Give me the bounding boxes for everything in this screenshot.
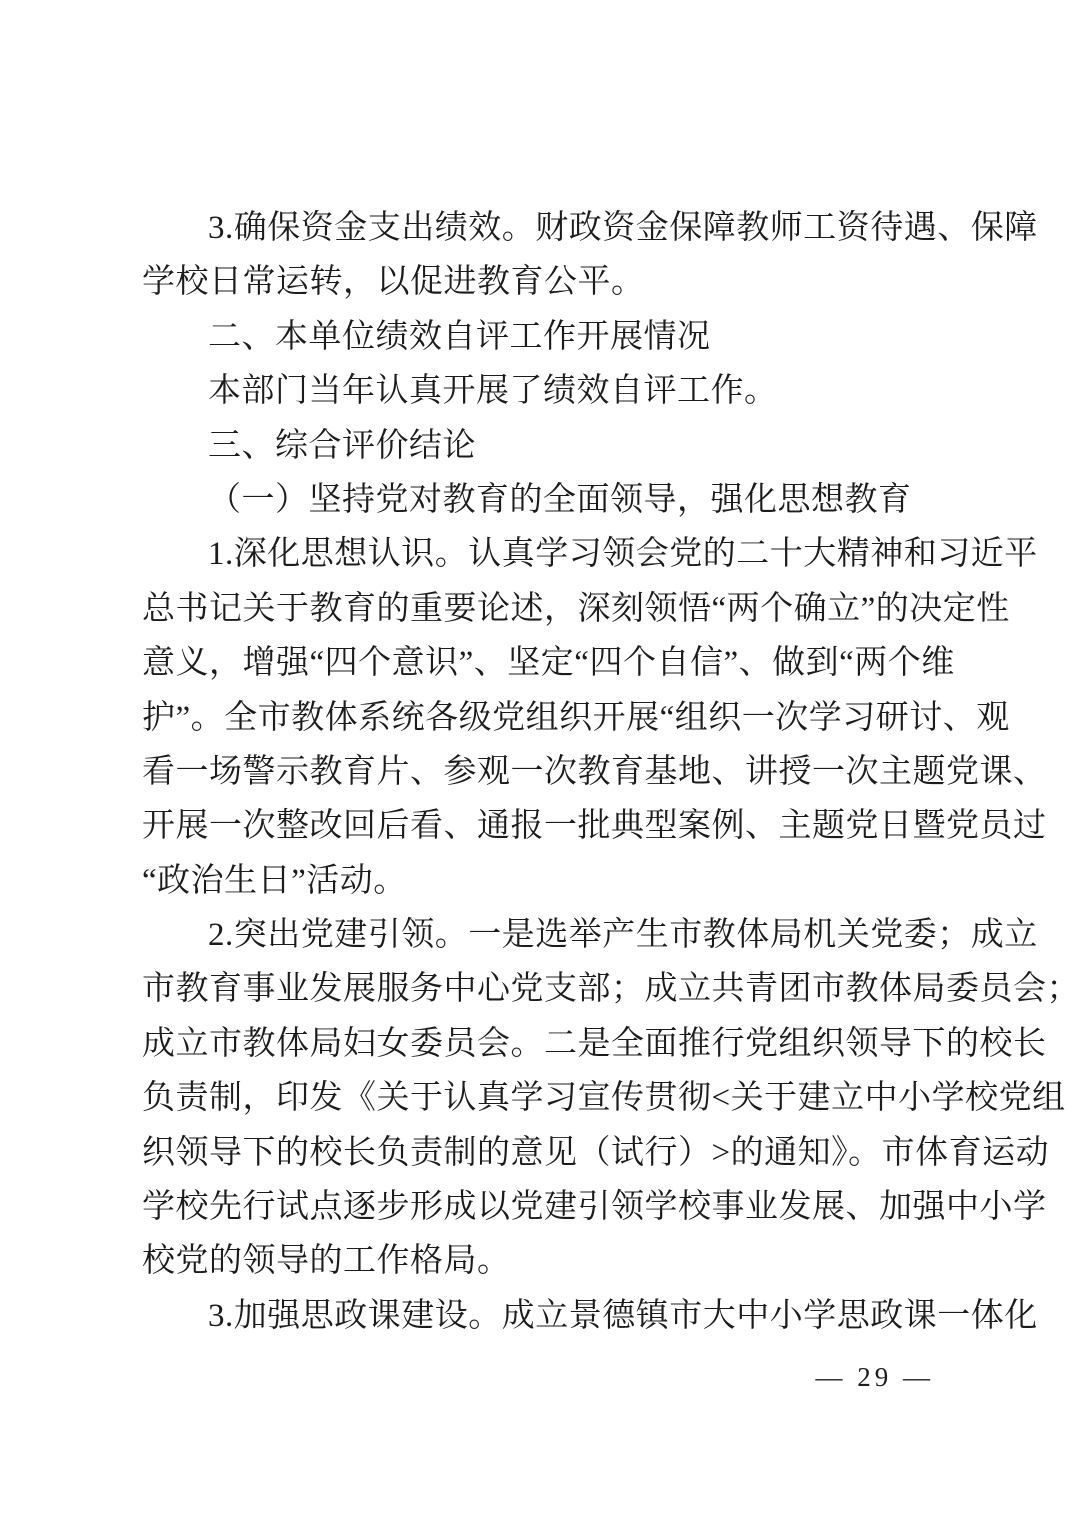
text-line: 3.加强思政课建设。成立景德镇市大中小学思政课一体化: [142, 1289, 936, 1343]
text-line: 2.突出党建引领。一是选举产生市教体局机关党委；成立: [142, 908, 936, 962]
text-line: 负责制，印发《关于认真学习宣传贯彻<关于建立中小学校党组: [142, 1071, 936, 1125]
text-line: 看一场警示教育片、参观一次教育基地、讲授一次主题党课、: [142, 745, 936, 799]
text-line: 护”。全市教体系统各级党组织开展“组织一次学习研讨、观: [142, 691, 936, 745]
text-line: “政治生日”活动。: [142, 854, 936, 908]
text-line: 校党的领导的工作格局。: [142, 1234, 936, 1288]
text-line: 开展一次整改回后看、通报一批典型案例、主题党日暨党员过: [142, 799, 936, 853]
text-line: 织领导下的校长负责制的意见（试行）>的通知》。市体育运动: [142, 1126, 936, 1180]
page-number: — 29 —: [816, 1362, 935, 1393]
text-line: 意义，增强“四个意识”、坚定“四个自信”、做到“两个维: [142, 636, 936, 690]
text-line: 3.确保资金支出绩效。财政资金保障教师工资待遇、保障: [142, 201, 936, 255]
text-line: 学校先行试点逐步形成以党建引领学校事业发展、加强中小学: [142, 1180, 936, 1234]
text-line: 市教育事业发展服务中心党支部；成立共青团市教体局委员会；: [142, 962, 936, 1016]
text-line: （一）坚持党对教育的全面领导，强化思想教育: [142, 473, 936, 527]
text-line: 总书记关于教育的重要论述，深刻领悟“两个确立”的决定性: [142, 582, 936, 636]
text-line: 本部门当年认真开展了绩效自评工作。: [142, 364, 936, 418]
text-line: 三、综合评价结论: [142, 419, 936, 473]
document-page: 3.确保资金支出绩效。财政资金保障教师工资待遇、保障学校日常运转，以促进教育公平…: [0, 0, 1074, 1520]
document-body: 3.确保资金支出绩效。财政资金保障教师工资待遇、保障学校日常运转，以促进教育公平…: [142, 201, 936, 1343]
text-line: 成立市教体局妇女委员会。二是全面推行党组织领导下的校长: [142, 1017, 936, 1071]
text-line: 学校日常运转，以促进教育公平。: [142, 255, 936, 309]
text-line: 1.深化思想认识。认真学习领会党的二十大精神和习近平: [142, 527, 936, 581]
text-line: 二、本单位绩效自评工作开展情况: [142, 310, 936, 364]
